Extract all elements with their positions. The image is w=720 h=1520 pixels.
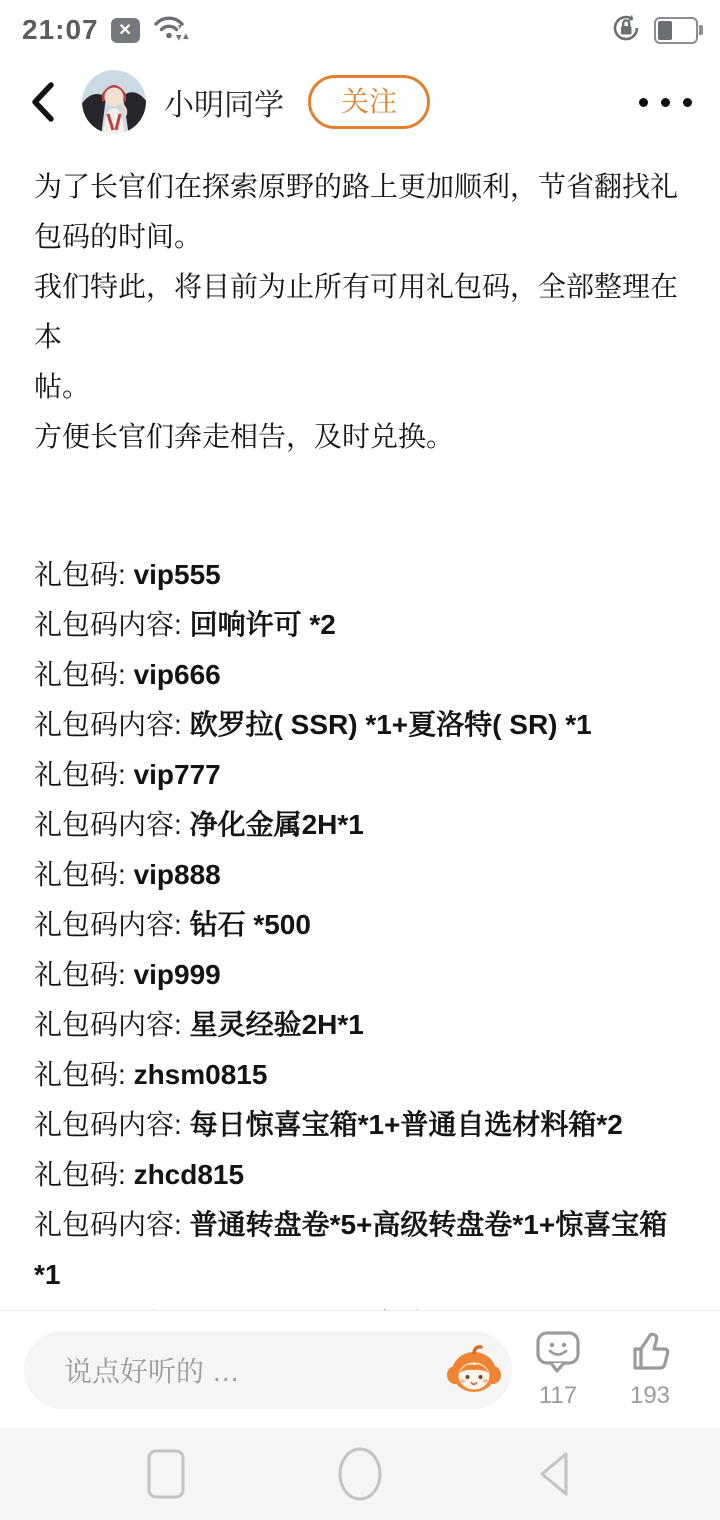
- post-body: 为了长官们在探索原野的路上更加顺利，节省翻找礼 包码的时间。 我们特此，将目前为…: [0, 148, 720, 1350]
- comment-stat[interactable]: 117: [512, 1330, 604, 1410]
- code-line: 礼包码内容: 每日惊喜宝箱*1+普通自选材料箱*2: [34, 1100, 686, 1150]
- back-nav-icon[interactable]: [528, 1446, 580, 1502]
- paragraph-gap: [34, 462, 686, 550]
- code-value: 欧罗拉( SSR) *1+夏洛特( SR) *1: [190, 709, 592, 740]
- code-line: 礼包码: vip999: [34, 950, 686, 1000]
- follow-button[interactable]: 关注: [308, 75, 430, 129]
- post-paragraph: 我们特此，将目前为止所有可用礼包码，全部整理在本 帖。: [34, 262, 686, 412]
- more-icon[interactable]: [639, 88, 692, 117]
- code-label: 礼包码:: [34, 859, 134, 890]
- battery-icon: [654, 17, 698, 44]
- thumbs-up-icon: [628, 1330, 672, 1379]
- status-bar: 21:07 ✕: [0, 0, 720, 56]
- code-line: 礼包码内容: 普通转盘卷*5+高级转盘卷*1+惊喜宝箱 *1: [34, 1200, 686, 1300]
- code-label: 礼包码内容:: [34, 709, 190, 740]
- code-value: 钻石 *500: [190, 909, 311, 940]
- code-line: 礼包码: vip555: [34, 550, 686, 600]
- back-icon[interactable]: [28, 78, 64, 126]
- like-stat[interactable]: 193: [604, 1330, 696, 1410]
- code-value: 星灵经验2H*1: [190, 1009, 364, 1040]
- code-label: 礼包码:: [34, 559, 134, 590]
- code-label: 礼包码:: [34, 959, 134, 990]
- code-value: vip555: [134, 559, 221, 590]
- code-label: 礼包码内容:: [34, 1009, 190, 1040]
- code-label: 礼包码内容:: [34, 609, 190, 640]
- code-value: 每日惊喜宝箱*1+普通自选材料箱*2: [190, 1109, 623, 1140]
- code-label: 礼包码内容:: [34, 809, 190, 840]
- code-value: vip777: [134, 759, 221, 790]
- code-label: 礼包码:: [34, 1159, 134, 1190]
- username[interactable]: 小明同学: [164, 80, 284, 124]
- comment-input[interactable]: 说点好听的 …: [24, 1331, 512, 1409]
- no-sim-icon: ✕: [111, 18, 140, 43]
- code-line: 礼包码: vip777: [34, 750, 686, 800]
- code-line: 礼包码: vip666: [34, 650, 686, 700]
- code-value: vip999: [134, 959, 221, 990]
- code-label: 礼包码内容:: [34, 1209, 190, 1240]
- code-line: 礼包码内容: 回响许可 *2: [34, 600, 686, 650]
- code-label: 礼包码内容:: [34, 1109, 190, 1140]
- code-line: 礼包码内容: 欧罗拉( SSR) *1+夏洛特( SR) *1: [34, 700, 686, 750]
- code-label: 礼包码内容:: [34, 909, 190, 940]
- mascot-emoji-icon[interactable]: [446, 1342, 502, 1398]
- comment-placeholder: 说点好听的 …: [64, 1350, 446, 1390]
- code-value: zhsm0815: [134, 1059, 268, 1090]
- code-line: 礼包码内容: 钻石 *500: [34, 900, 686, 950]
- like-count: 193: [630, 1382, 670, 1410]
- post-paragraph: 为了长官们在探索原野的路上更加顺利，节省翻找礼 包码的时间。: [34, 162, 686, 262]
- code-label: 礼包码:: [34, 659, 134, 690]
- code-line: 礼包码: zhsm0815: [34, 1050, 686, 1100]
- code-label: 礼包码:: [34, 759, 134, 790]
- rotation-lock-icon: [610, 12, 642, 49]
- post-header: 小明同学 关注: [0, 56, 720, 148]
- code-value: vip888: [134, 859, 221, 890]
- code-value: 净化金属2H*1: [190, 809, 364, 840]
- code-line: 礼包码内容: 净化金属2H*1: [34, 800, 686, 850]
- home-icon[interactable]: [334, 1446, 386, 1502]
- comment-count: 117: [539, 1382, 577, 1410]
- comment-bar: 说点好听的 …: [0, 1311, 720, 1428]
- nav-bar: [0, 1428, 720, 1520]
- code-value: zhcd815: [134, 1159, 245, 1190]
- comment-bubble-icon: [535, 1330, 581, 1379]
- code-line: 礼包码内容: 星灵经验2H*1: [34, 1000, 686, 1050]
- clock: 21:07: [22, 14, 99, 46]
- code-value: vip666: [134, 659, 221, 690]
- avatar[interactable]: [82, 70, 146, 134]
- code-line: 礼包码: vip888: [34, 850, 686, 900]
- wifi-icon: [152, 12, 190, 49]
- code-value: 回响许可 *2: [190, 609, 336, 640]
- recents-icon[interactable]: [140, 1446, 192, 1502]
- code-label: 礼包码:: [34, 1059, 134, 1090]
- post-paragraph: 方便长官们奔走相告，及时兑换。: [34, 412, 686, 462]
- code-line: 礼包码: zhcd815: [34, 1150, 686, 1200]
